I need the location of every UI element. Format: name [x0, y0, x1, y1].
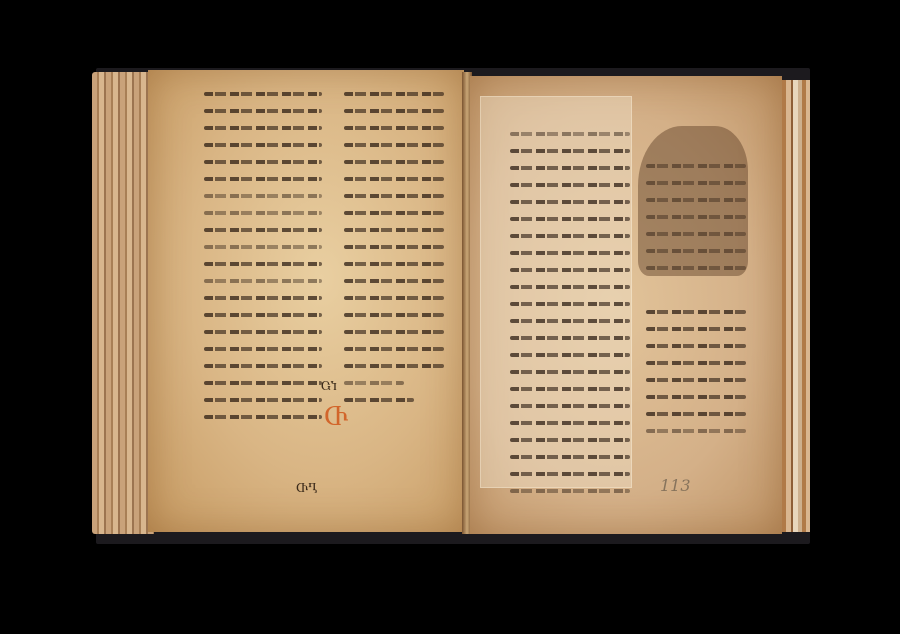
- margin-mark: ႺႨ: [321, 380, 337, 393]
- right-page-column-a: [510, 132, 630, 506]
- manuscript-book: ႺႨ Ⴇ ႧႢ 113: [92, 66, 810, 544]
- pencil-foliation: 113: [660, 476, 691, 495]
- right-page: 113: [470, 76, 782, 534]
- left-page-edges: [92, 72, 154, 534]
- rubric-initial: Ⴇ: [324, 406, 349, 431]
- right-page-column-b: [646, 164, 746, 446]
- left-page-column-a: [204, 92, 322, 432]
- left-page-column-b: [344, 92, 444, 415]
- left-page: ႺႨ Ⴇ ႧႢ: [148, 70, 464, 532]
- right-page-edges: [782, 80, 810, 532]
- folio-number: ႧႢ: [296, 482, 317, 495]
